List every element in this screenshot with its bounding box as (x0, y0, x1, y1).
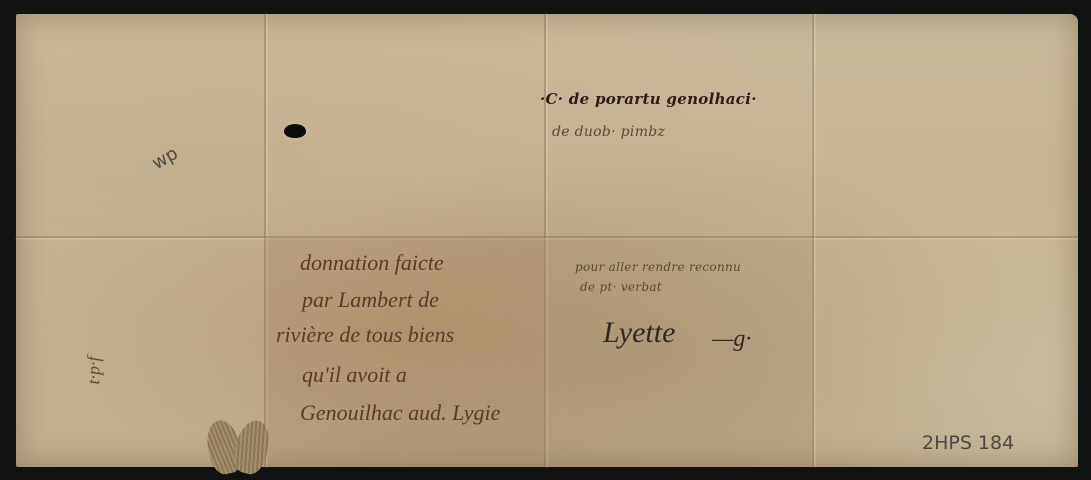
fold-line (812, 14, 814, 467)
cursive-line-3: rivière de tous biens (276, 322, 454, 348)
note-line-2: de pt· verbat (580, 280, 662, 294)
cursive-line-2: par Lambert de (302, 287, 439, 313)
note-line-1: pour aller rendre reconnu (575, 260, 741, 274)
title-line-1: ·C· de porartu genolhaci· (540, 90, 757, 108)
cursive-line-1: donnation faicte (300, 250, 444, 276)
cursive-line-5: Genouilhac aud. Lygie (300, 400, 500, 426)
signature: Lyette (603, 316, 675, 350)
title-line-2: de duob· pimbz (552, 124, 665, 140)
cursive-line-4: qu'il avoit a (302, 362, 407, 388)
cord-tie (206, 420, 270, 480)
archive-shelfmark: 2HPS 184 (922, 432, 1014, 454)
margin-mark-vertical: t·p·f (84, 356, 105, 384)
punched-hole (284, 124, 306, 138)
signature-mark: —g· (712, 326, 751, 353)
parchment-document (16, 14, 1078, 467)
